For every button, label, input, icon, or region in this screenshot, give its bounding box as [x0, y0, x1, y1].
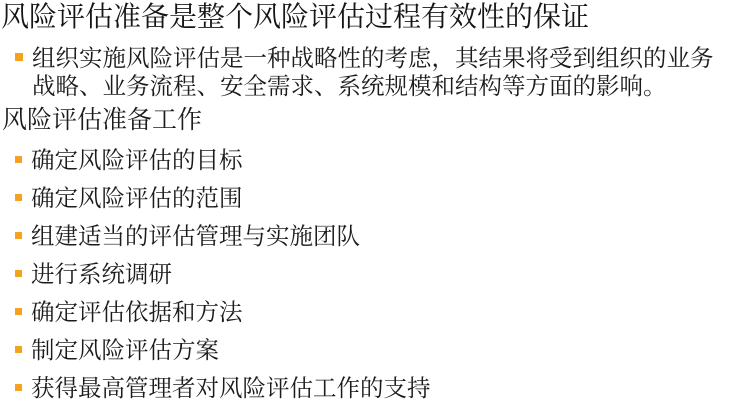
- intro-text: 组织实施风险评估是一种战略性的考虑，其结果将受到组织的业务战略、业务流程、安全需…: [32, 44, 733, 100]
- list-item-label: 确定风险评估的范围: [31, 184, 243, 212]
- list-item-label: 获得最高管理者对风险评估工作的支持: [31, 374, 431, 402]
- bullet-square-icon: [15, 232, 22, 239]
- list-item: 获得最高管理者对风险评估工作的支持: [15, 374, 431, 402]
- list-item-label: 确定评估依据和方法: [31, 298, 243, 326]
- slide-title: 风险评估准备是整个风险评估过程有效性的保证: [1, 0, 589, 37]
- intro-bullet-item: 组织实施风险评估是一种战略性的考虑，其结果将受到组织的业务战略、业务流程、安全需…: [15, 44, 733, 100]
- section-heading: 风险评估准备工作: [2, 103, 202, 137]
- presentation-slide: 风险评估准备是整个风险评估过程有效性的保证 组织实施风险评估是一种战略性的考虑，…: [0, 0, 745, 417]
- bullet-square-icon: [15, 270, 22, 277]
- list-item: 进行系统调研: [15, 260, 431, 288]
- bullet-square-icon: [15, 194, 22, 201]
- prep-task-list: 确定风险评估的目标 确定风险评估的范围 组建适当的评估管理与实施团队 进行系统调…: [15, 146, 431, 412]
- list-item-label: 进行系统调研: [31, 260, 172, 288]
- bullet-square-icon: [15, 156, 22, 163]
- list-item: 确定风险评估的目标: [15, 146, 431, 174]
- bullet-square-icon: [15, 384, 22, 391]
- bullet-square-icon: [15, 346, 22, 353]
- list-item: 组建适当的评估管理与实施团队: [15, 222, 431, 250]
- list-item: 制定风险评估方案: [15, 336, 431, 364]
- bullet-square-icon: [15, 53, 23, 61]
- list-item-label: 制定风险评估方案: [31, 336, 219, 364]
- list-item-label: 组建适当的评估管理与实施团队: [31, 222, 360, 250]
- list-item: 确定评估依据和方法: [15, 298, 431, 326]
- list-item-label: 确定风险评估的目标: [31, 146, 243, 174]
- list-item: 确定风险评估的范围: [15, 184, 431, 212]
- bullet-square-icon: [15, 308, 22, 315]
